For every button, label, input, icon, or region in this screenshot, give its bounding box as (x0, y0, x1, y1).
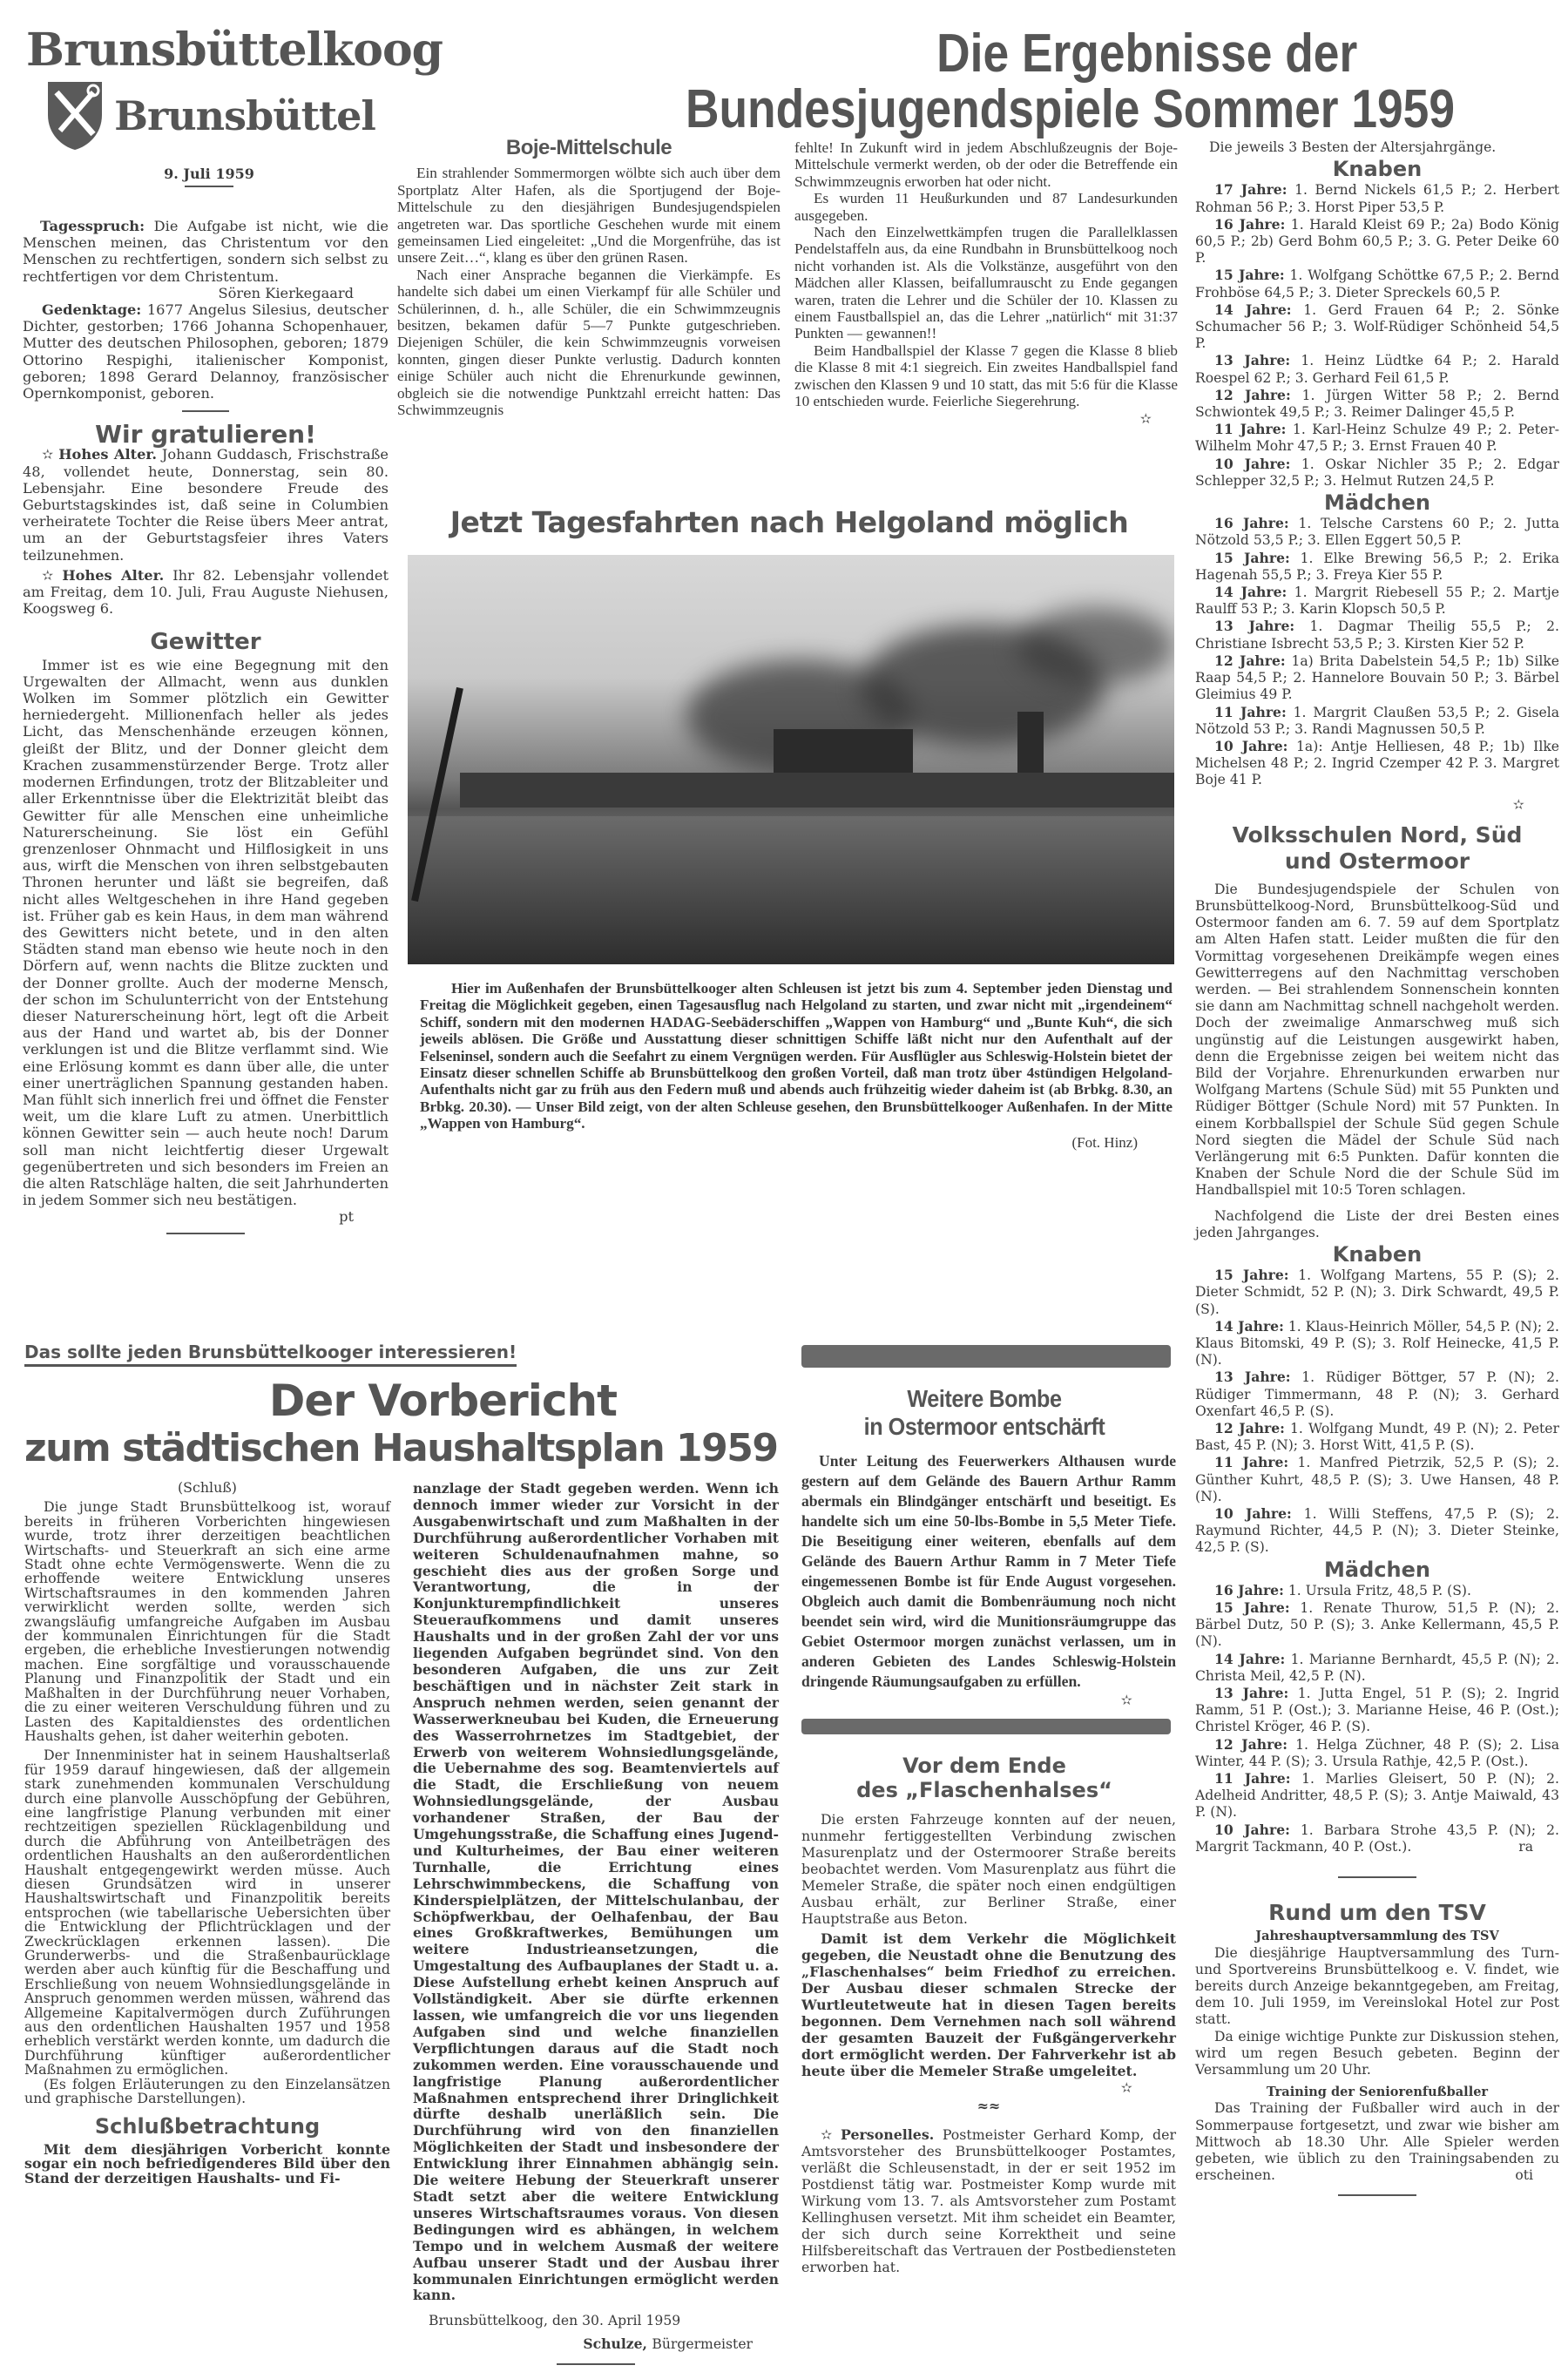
boje-column-1: Boje-Mittelschule Ein strahlender Sommer… (397, 139, 781, 419)
signature: Schulze, Bürgermeister (413, 2336, 779, 2353)
star-icon: ✫ (1121, 1692, 1132, 1708)
gewitter-text: Immer ist es wie eine Begegnung mit den … (23, 657, 389, 1209)
result-row: 12 Jahre: 1a) Brita Dabelstein 54,5 P.; … (1195, 652, 1559, 704)
wave-divider: ≈≈ (801, 2098, 1176, 2114)
divider (185, 186, 233, 187)
result-row: 10 Jahre: 1. Willi Steffens, 47,5 P. (S)… (1195, 1505, 1559, 1557)
section-title-helgoland: Jetzt Tagesfahrten nach Helgoland möglic… (397, 505, 1181, 539)
haushalt-column-1: (Schluß) Die junge Stadt Brunsbüttelkoog… (24, 1481, 390, 2186)
author-sign: ra (1499, 1839, 1559, 1855)
heading-knaben: Knaben (1195, 1247, 1559, 1263)
paragraph: Die ersten Fahrzeuge konnten auf der neu… (801, 1811, 1176, 1927)
bombe-text: Unter Leitung des Feuerwerkers Althausen… (801, 1451, 1176, 1692)
result-row: 14 Jahre: 1. Margrit Riebesell 55 P.; 2.… (1195, 584, 1559, 618)
haushalt-kicker: Das sollte jeden Brunsbüttelkooger inter… (24, 1342, 791, 1367)
result-row: 10 Jahre: 1a): Antje Helliesen, 48 P.; 1… (1195, 738, 1559, 789)
section-title-flaschenhals: Vor dem Ende des „Flaschenhalses“ (793, 1754, 1176, 1802)
divider (166, 1233, 245, 1234)
results-right: Die jeweils 3 Besten der Altersjahrgänge… (1195, 139, 1559, 2207)
paragraph: Nach den Einzelwettkämpfen trugen die Pa… (794, 224, 1178, 342)
paragraph: Beim Handballspiel der Klasse 7 gegen di… (794, 342, 1178, 410)
paragraph: Da einige wichtige Punkte zur Diskussion… (1195, 2029, 1559, 2079)
star-icon: ✫ (1121, 2079, 1132, 2096)
gratulation-item: ✫ Hohes Alter. Johann Guddasch, Frischst… (23, 446, 389, 563)
photo-caption: Hier im Außenhafen der Brunsbüttelkooger… (420, 980, 1173, 1132)
result-row: 12 Jahre: 1. Jürgen Witter 58 P.; 2. Ber… (1195, 387, 1559, 421)
paragraph: nanzlage der Stadt gegeben werden. Wenn … (413, 1481, 779, 2304)
subheading: Jahreshauptversammlung des TSV (1195, 1928, 1559, 1944)
paragraph: (Es folgen Erläuterungen zu den Einzelan… (24, 2078, 390, 2106)
result-row: 15 Jahre: 1. Wolfgang Schöttke 67,5 P.; … (1195, 267, 1559, 301)
coat-of-arms-icon (43, 77, 107, 155)
star-icon: ✫ (1140, 412, 1152, 427)
author-sign: oti (1496, 2167, 1559, 2184)
paragraph: Das Training der Fußballer wird auch in … (1195, 2100, 1559, 2184)
section-title-volksschulen: Volksschulen Nord, Süd und Ostermoor (1195, 822, 1559, 875)
decorative-bar (801, 1345, 1171, 1368)
result-row: 14 Jahre: 1. Marianne Bernhardt, 45,5 P.… (1195, 1651, 1559, 1685)
headline-line2: Bundesjugendspiele Sommer 1959 (608, 82, 1455, 138)
photo-credit: (Fot. Hinz) (397, 1134, 1181, 1152)
star-icon: ✫ (1513, 796, 1524, 813)
result-row: 11 Jahre: 1. Marlies Gleisert, 50 P. (N)… (1195, 1770, 1559, 1821)
section-title-tsv: Rund um den TSV (1195, 1904, 1559, 1921)
personelles: ✫ Personelles. Postmeister Gerhard Komp,… (801, 2126, 1176, 2275)
result-row: 12 Jahre: 1. Wolfgang Mundt, 49 P. (N); … (1195, 1420, 1559, 1454)
paragraph: Die diesjährige Hauptversammlung des Tur… (1195, 1945, 1559, 2029)
paragraph: Die junge Stadt Brunsbüttelkoog ist, wor… (24, 1500, 390, 1743)
divider (182, 410, 229, 412)
headline-line1: Die Ergebnisse der (608, 26, 1455, 82)
main-headline: Die Ergebnisse der Bundesjugendspiele So… (470, 26, 1455, 138)
result-row: 10 Jahre: 1. Oskar Nichler 35 P.; 2. Edg… (1195, 456, 1559, 490)
result-row: 14 Jahre: 1. Gerd Frauen 64 P.; 2. Sönke… (1195, 301, 1559, 353)
bombe-article: Weitere Bombe in Ostermoor entschärft Un… (793, 1342, 1176, 2275)
volksschulen-text: Die Bundesjugendspiele der Schulen von B… (1195, 882, 1559, 1200)
result-row: 11 Jahre: 1. Margrit Claußen 53,5 P.; 2.… (1195, 704, 1559, 738)
heading-maedchen: Mädchen (1195, 1562, 1559, 1578)
result-row: 17 Jahre: 1. Bernd Nickels 61,5 P.; 2. H… (1195, 181, 1559, 215)
star-icon: ✫ (42, 567, 53, 584)
result-row: 11 Jahre: 1. Karl-Heinz Schulze 49 P.; 2… (1195, 421, 1559, 455)
heading-maedchen: Mädchen (1195, 495, 1559, 511)
dateline: Brunsbüttelkoog, den 30. April 1959 (429, 2313, 779, 2329)
section-title-bombe: Weitere Bombe in Ostermoor entschärft (812, 1385, 1157, 1441)
paragraph: Ein strahlender Sommermorgen wölbte sich… (397, 165, 781, 266)
paragraph: Mit dem diesjährigen Vorbericht konnte s… (24, 2143, 390, 2186)
divider (1338, 1876, 1416, 1878)
star-icon: ✫ (821, 2126, 832, 2143)
masthead: Brunsbüttelkoog Brunsbüttel 9. Juli 1959 (26, 26, 392, 196)
section-title-gewitter: Gewitter (23, 634, 389, 651)
masthead-title-line1: Brunsbüttelkoog (26, 26, 392, 75)
section-title-boje: Boje-Mittelschule (397, 139, 781, 156)
heading-knaben: Knaben (1195, 161, 1559, 178)
haushalt-column-2: nanzlage der Stadt gegeben werden. Wenn … (413, 1481, 779, 2376)
result-row: 16 Jahre: 1. Telsche Carstens 60 P.; 2. … (1195, 515, 1559, 549)
paragraph: Der Innenminister hat in seinem Haushalt… (24, 1748, 390, 2077)
section-title-schlussbetrachtung: Schlußbetrachtung (24, 2119, 390, 2133)
paragraph: Nach einer Ansprache begannen die Vierkä… (397, 267, 781, 419)
volksschulen-list-intro: Nachfolgend die Liste der drei Besten ei… (1195, 1208, 1559, 1241)
result-row: 15 Jahre: 1. Wolfgang Martens, 55 P. (S)… (1195, 1267, 1559, 1318)
result-row: 13 Jahre: 1. Dagmar Theilig 55,5 P.; 2. … (1195, 618, 1559, 652)
section-title-gratulieren: Wir gratulieren! (23, 426, 389, 443)
result-row: 13 Jahre: 1. Jutta Engel, 51 P. (S); 2. … (1195, 1685, 1559, 1736)
paragraph: Es wurden 11 Heußurkunden und 87 Landesu… (794, 190, 1178, 224)
subheading: Training der Seniorenfußballer (1195, 2084, 1559, 2100)
divider (557, 2363, 635, 2365)
result-row: 12 Jahre: 1. Helga Züchner, 48 P. (S); 2… (1195, 1736, 1559, 1770)
result-row: 15 Jahre: 1. Elke Brewing 56,5 P.; 2. Er… (1195, 550, 1559, 584)
left-column: Tagesspruch: Die Aufgabe ist nicht, wie … (23, 218, 389, 1241)
result-row: 15 Jahre: 1. Renate Thurow, 51,5 P. (N);… (1195, 1599, 1559, 1651)
boje-column-2: fehlte! In Zukunft wird in jedem Abschlu… (794, 139, 1178, 428)
star-icon: ✫ (42, 446, 53, 463)
result-row: 13 Jahre: 1. Rüdiger Böttger, 57 P. (N);… (1195, 1369, 1559, 1420)
result-row: 16 Jahre: 1. Ursula Fritz, 48,5 P. (S). (1195, 1582, 1559, 1599)
divider (1338, 2194, 1416, 2196)
haushalt-headline: Der Vorbericht zum städtischen Haushalts… (24, 1376, 791, 1472)
result-row: 11 Jahre: 1. Manfred Pietrzik, 52,5 P. (… (1195, 1454, 1559, 1505)
result-row: 16 Jahre: 1. Harald Kleist 69 P.; 2a) Bo… (1195, 216, 1559, 267)
author-sign: pt (23, 1208, 389, 1225)
helgoland-article: Jetzt Tagesfahrten nach Helgoland möglic… (397, 505, 1181, 1152)
paragraph: fehlte! In Zukunft wird in jedem Abschlu… (794, 139, 1178, 190)
tagesspruch: Tagesspruch: Die Aufgabe ist nicht, wie … (23, 218, 389, 285)
schluss-label: (Schluß) (24, 1481, 390, 1495)
result-row: 10 Jahre: 1. Barbara Strohe 43,5 P. (N);… (1195, 1821, 1559, 1855)
gedenktage: Gedenktage: 1677 Angelus Silesius, deuts… (23, 301, 389, 402)
gratulation-item: ✫ Hohes Alter. Ihr 82. Lebensjahr vollen… (23, 567, 389, 618)
paragraph: Damit ist dem Verkehr die Möglichkeit ge… (801, 1930, 1176, 2079)
result-row: 14 Jahre: 1. Klaus-Heinrich Möller, 54,5… (1195, 1318, 1559, 1369)
masthead-title-line2: Brunsbüttel (114, 92, 375, 139)
decorative-bar (801, 1719, 1171, 1734)
harbor-photo (408, 555, 1174, 964)
masthead-date: 9. Juli 1959 (26, 166, 392, 182)
result-row: 13 Jahre: 1. Heinz Lüdtke 64 P.; 2. Hara… (1195, 352, 1559, 386)
results-intro: Die jeweils 3 Besten der Altersjahrgänge… (1195, 139, 1559, 156)
tagesspruch-author: Sören Kierkegaard (23, 285, 389, 301)
